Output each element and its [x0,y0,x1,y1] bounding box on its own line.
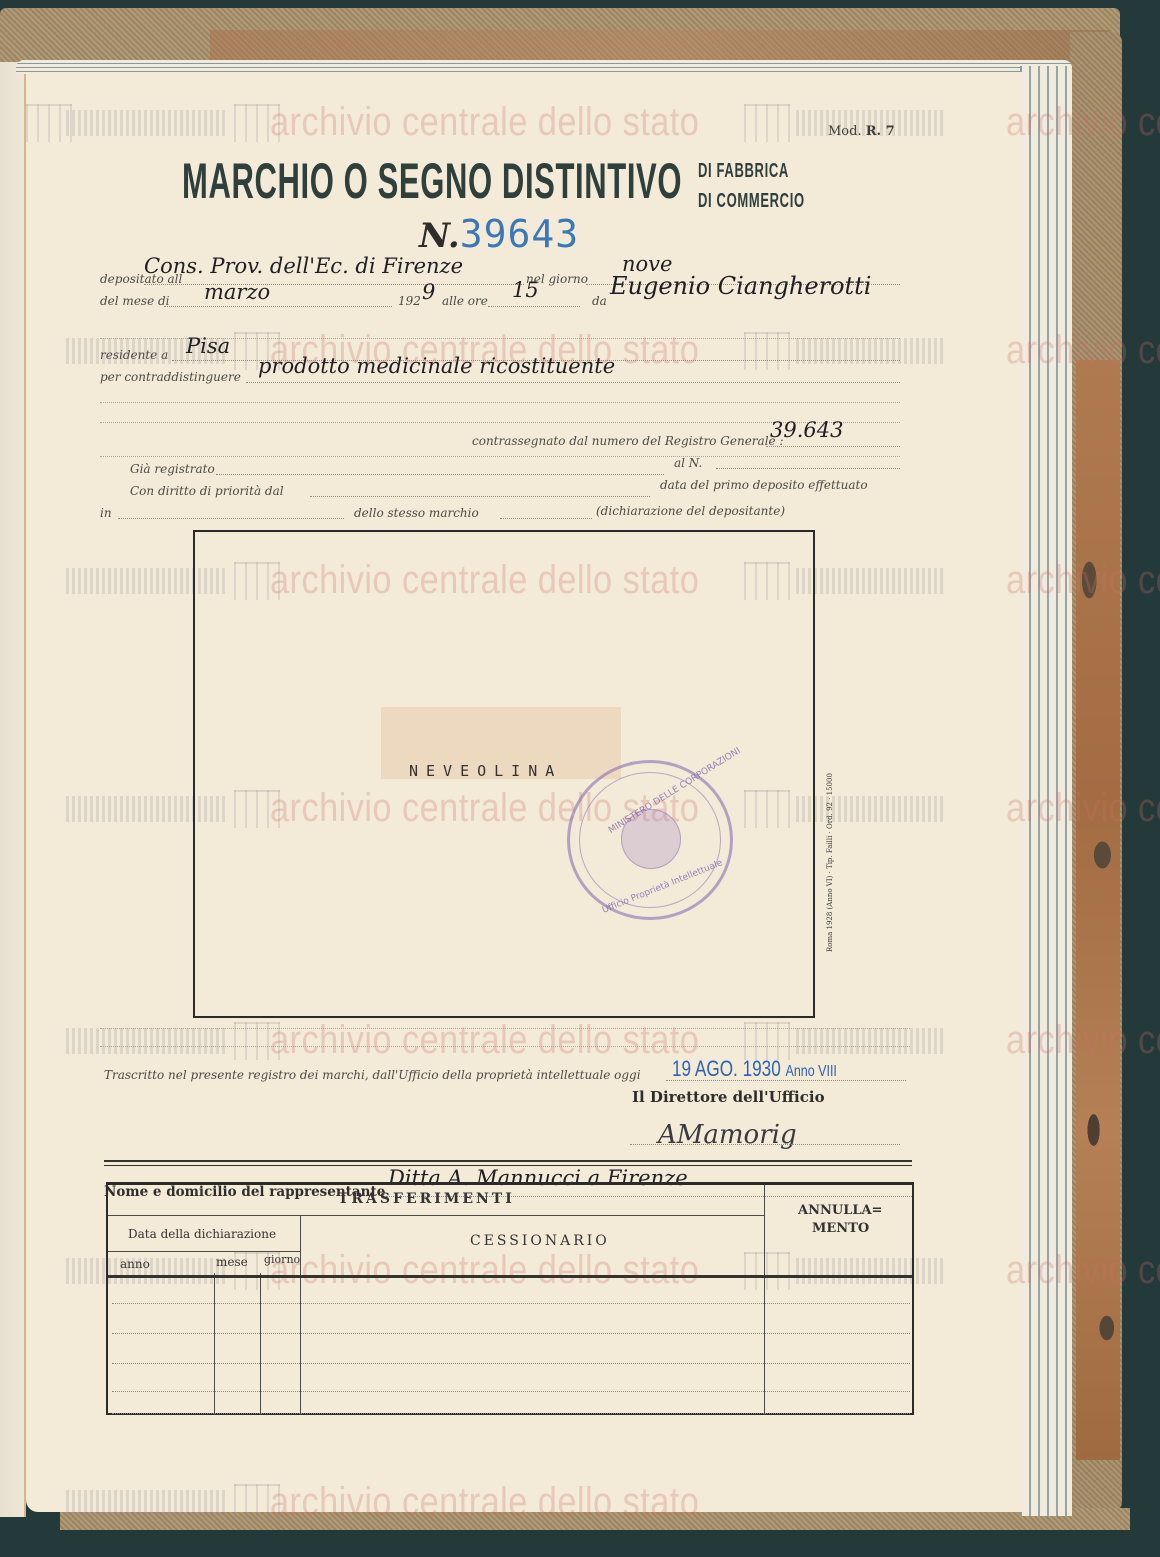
table-row [112,1333,910,1334]
form-number: N.39643 [419,212,579,256]
label-year: 192 [398,294,421,308]
label-already-registered: Già registrato [130,462,215,476]
month-line [164,306,392,307]
date-stamp-era: Anno VIII [786,1063,837,1080]
page-stack-right-edge [1020,66,1072,1516]
date-group-divider [108,1251,300,1252]
book-cover-leather-top [210,30,1110,64]
header-date-group: Data della dichiarazione [128,1227,276,1241]
watermark-logo-arch [744,104,790,142]
deposited-at-line [144,284,524,285]
model-code: Mod. R. 7 [828,124,895,139]
header-anno: anno [120,1257,150,1271]
book-leather-corner [1076,360,1120,1460]
date-stamp-value: 19 AGO. 1930 [672,1056,781,1081]
table-row [112,1413,910,1414]
same-mark-line [500,518,592,519]
watermark-logo-bars [796,568,946,594]
label-month: del mese di [100,294,170,308]
deposited-at-value: Cons. Prov. dell'Ec. di Firenze [144,254,463,278]
watermark-logo-bars [66,1028,226,1054]
label-first-deposit: data del primo deposito effettuato [660,478,868,492]
label-resident: residente a [100,348,168,362]
form-subtitle-commercio: DI COMMERCIO [698,188,805,214]
table-row [112,1303,910,1304]
already-registered-line [216,474,664,475]
purpose-value: prodotto medicinale ricostituente [258,354,615,378]
watermark-logo-arch [234,104,280,142]
header-annullamento-1: ANNULLA= [798,1203,882,1218]
model-prefix: Mod. [828,124,862,139]
label-same-mark: dello stesso marchio [354,506,479,520]
section-divider [104,1160,912,1162]
header-giorno: giorno [264,1253,300,1266]
header-cessionario: CESSIONARIO [470,1233,610,1249]
table-row [112,1363,910,1364]
watermark-text: archivio centrale dello stato [270,100,699,145]
label-by: da [592,294,607,308]
previous-page-edge [0,62,26,1517]
director-signature: AMamorig [658,1120,797,1150]
ruled-line [100,1046,910,1047]
column-divider [300,1215,301,1415]
column-divider [214,1273,215,1415]
watermark-logo-bars [66,110,226,136]
watermark-logo-bars [796,796,946,822]
number-stamp: 39643 [460,212,579,256]
resident-value: Pisa [186,334,230,358]
column-divider [764,1185,765,1415]
ruled-line [100,456,900,457]
form-subtitle-fabbrica: DI FABBRICA [698,158,789,184]
register-page: archivio centrale dello stato archivio c… [26,72,1022,1512]
signature-line [630,1144,900,1145]
watermark-logo-bars [796,1028,946,1054]
general-number-value: 39.643 [770,418,843,442]
director-label: Il Direttore dell'Ufficio [632,1088,825,1106]
table-row [112,1391,910,1392]
label-general-number: contrassegnato dal numero del Registro G… [472,434,783,448]
ruled-line [100,402,900,403]
label-transcription: Trascritto nel presente registro dei mar… [104,1068,641,1082]
label-in: in [100,506,112,520]
model-number: R. 7 [866,124,895,139]
label-priority: Con diritto di priorità dal [130,484,284,498]
depositor-name: Eugenio Ciangherotti [610,272,871,300]
header-mese: mese [216,1255,248,1269]
ruled-line [100,1028,910,1029]
label-purpose: per contraddistinguere [100,370,241,384]
trademark-text: NEVEOLINA [409,762,562,780]
printer-note: Roma 1928 (Anno VI) · Tip. Failli · Ord.… [826,773,834,952]
hour-value: 15 [512,278,539,302]
al-n-line [716,468,900,469]
purpose-line [246,382,900,383]
label-al-n: al N. [674,456,702,470]
hour-line [488,306,580,307]
column-divider [260,1273,261,1415]
label-hour: alle ore [442,294,488,308]
number-prefix: N. [419,216,460,256]
form-title: MARCHIO O SEGNO DISTINTIVO [182,152,682,210]
label-declaration: (dichiarazione del depositante) [596,504,785,518]
header-divider [108,1215,764,1216]
priority-line [310,496,650,497]
watermark-logo-arch [26,104,72,142]
transcription-date-stamp: 19 AGO. 1930 Anno VIII [672,1056,837,1082]
in-line [118,518,344,519]
general-number-line [766,446,900,447]
year-value: 9 [422,280,435,304]
month-value: marzo [204,280,270,304]
header-transfers: TRASFERIMENTI [338,1191,515,1207]
watermark-text: archivio centrale dello stato [270,1018,699,1063]
header-bottom-rule [108,1275,912,1278]
header-annullamento-2: MENTO [812,1221,869,1236]
transfers-table: TRASFERIMENTI Data della dichiarazione a… [106,1182,914,1415]
